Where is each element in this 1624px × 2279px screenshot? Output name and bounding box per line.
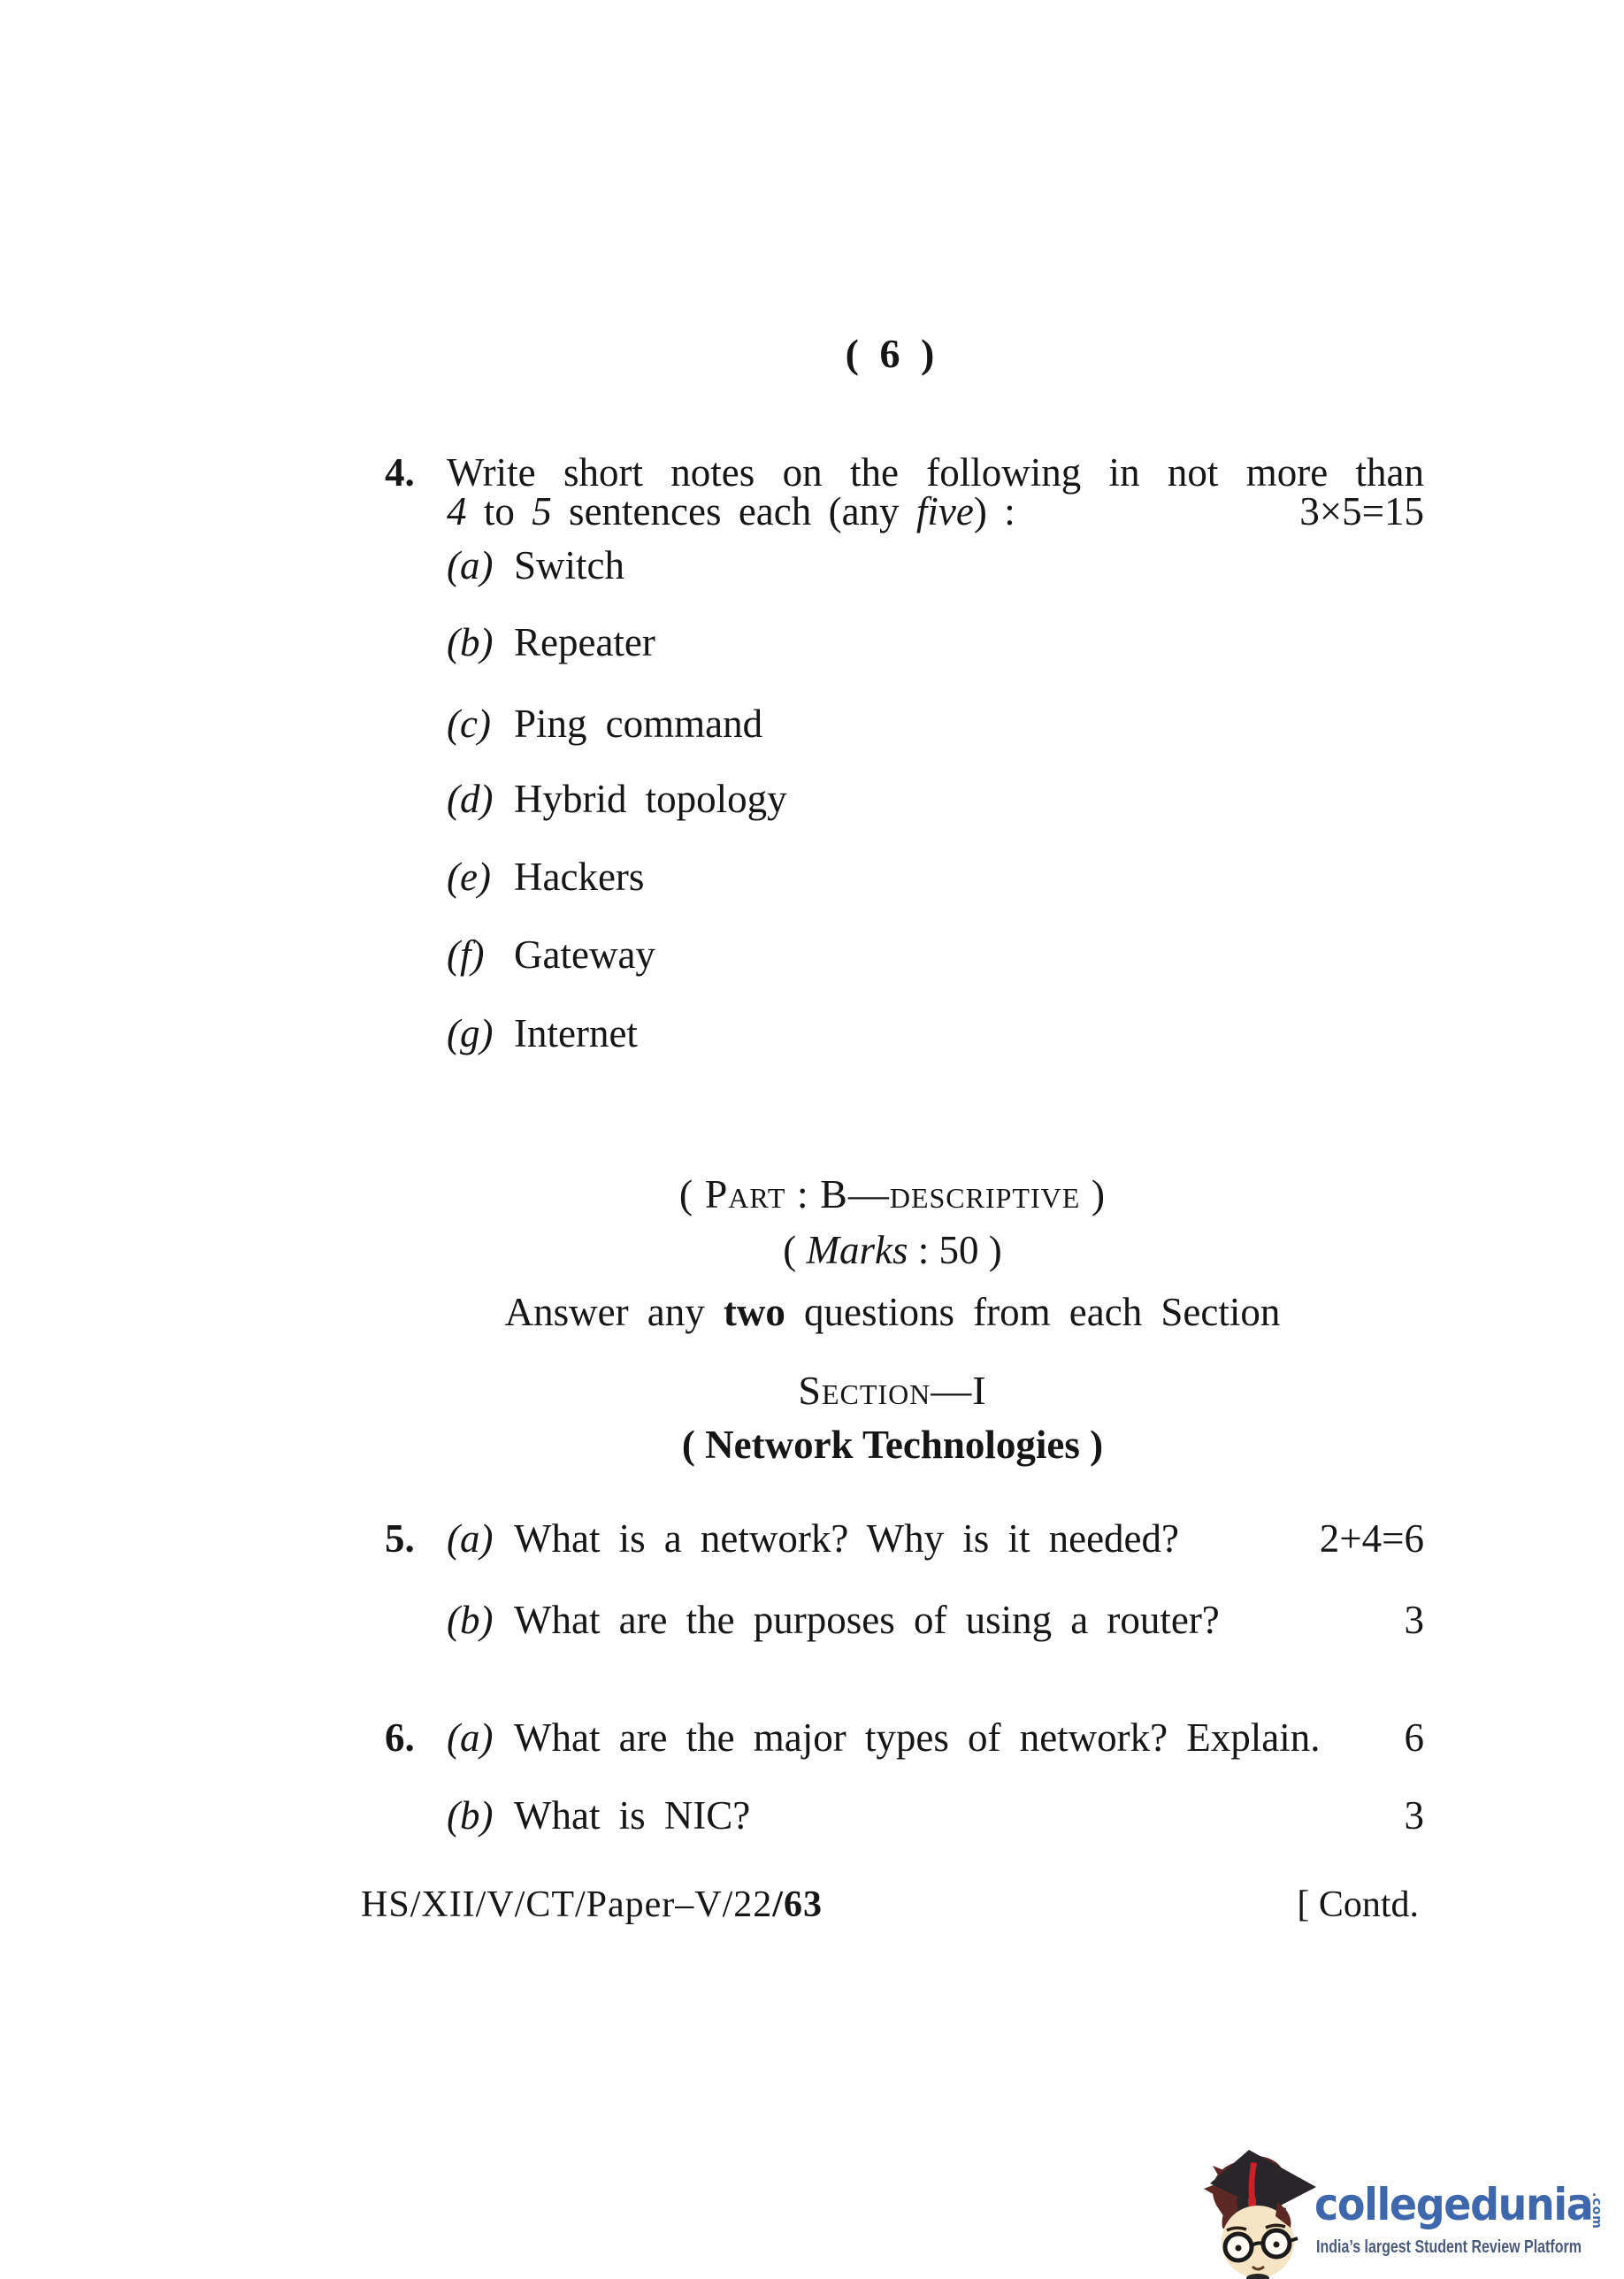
part-letter: (a) <box>447 1718 493 1758</box>
paper-code: HS/XII/V/CT/Paper–V/22/63 <box>361 1886 823 1923</box>
question-marks: 6 <box>1405 1718 1425 1758</box>
item-letter: (b) <box>447 623 493 663</box>
part-letter: (b) <box>447 1600 493 1640</box>
paper-code-regular: HS/XII/V/CT/Paper–V/22 <box>361 1884 772 1925</box>
question-4-text-line-1: Write short notes on the following in no… <box>447 453 1424 493</box>
section-1-heading: Section—I <box>361 1370 1424 1411</box>
item-letter: (g) <box>447 1014 493 1054</box>
paper-code-bold: /63 <box>772 1884 823 1925</box>
exam-paper-page: { "page": { "number": "( 6 )" }, "q4": {… <box>0 0 1624 2279</box>
part-b-heading: ( Part : B—descriptive ) <box>361 1174 1424 1215</box>
item-letter: (e) <box>447 857 491 897</box>
italic-number: 4 <box>447 489 467 533</box>
part-letter: (b) <box>447 1796 493 1836</box>
collegedunia-logo: collegedunia .com India’s largest Studen… <box>1201 2148 1624 2279</box>
item-text: Ping command <box>514 704 762 744</box>
page-number: ( 6 ) <box>361 334 1424 374</box>
item-text: Hybrid topology <box>514 779 787 819</box>
contd-label: [ Contd. <box>1297 1886 1419 1923</box>
item-letter: (c) <box>447 704 491 744</box>
plain-text: Answer any <box>505 1290 724 1334</box>
question-5-number: 5. <box>385 1519 415 1559</box>
bold-word: two <box>724 1290 785 1334</box>
mascot-icon <box>1201 2148 1320 2279</box>
part-letter: (a) <box>447 1519 493 1559</box>
item-text: Repeater <box>514 623 655 663</box>
plain-text: ( <box>783 1228 806 1272</box>
question-6-number: 6. <box>385 1718 415 1758</box>
plain-text: : 50 ) <box>908 1228 1001 1272</box>
section-1-subject: ( Network Technologies ) <box>361 1425 1424 1465</box>
item-text: Hackers <box>514 857 644 897</box>
italic-word: five <box>916 489 974 533</box>
plain-text: to <box>467 489 532 533</box>
document-body: ( 6 ) 4. Write short notes on the follow… <box>361 0 1424 2279</box>
item-letter: (f) <box>447 935 484 975</box>
collegedunia-wordmark: collegedunia <box>1314 2183 1592 2227</box>
marks-word-italic: Marks <box>807 1228 908 1272</box>
item-letter: (d) <box>447 779 493 819</box>
question-text: What are the major types of network? Exp… <box>514 1718 1321 1758</box>
item-text: Switch <box>514 546 624 586</box>
dot-com-label: .com <box>1590 2192 1603 2229</box>
question-text: What is a network? Why is it needed? <box>514 1519 1179 1559</box>
question-marks: 3 <box>1405 1600 1425 1640</box>
question-4-number: 4. <box>385 453 415 493</box>
plain-text: questions from each Section <box>785 1290 1280 1334</box>
italic-number: 5 <box>532 489 552 533</box>
item-text: Internet <box>514 1014 638 1054</box>
part-b-marks-line: ( Marks : 50 ) <box>361 1231 1424 1270</box>
item-text: Gateway <box>514 935 655 975</box>
part-b-instruction: Answer any two questions from each Secti… <box>361 1293 1424 1332</box>
question-4-marks: 3×5=15 <box>1299 492 1424 532</box>
plain-text: sentences each (any <box>552 489 916 533</box>
plain-text: ) : <box>974 489 1015 533</box>
question-text: What are the purposes of using a router? <box>514 1600 1220 1640</box>
item-letter: (a) <box>447 546 493 586</box>
question-marks: 3 <box>1405 1796 1425 1836</box>
question-marks: 2+4=6 <box>1320 1519 1424 1559</box>
collegedunia-tagline: India’s largest Student Review Platform <box>1316 2238 1582 2256</box>
question-4-text-line-2: 4 to 5 sentences each (any five) : <box>447 492 1015 532</box>
question-text: What is NIC? <box>514 1796 750 1836</box>
